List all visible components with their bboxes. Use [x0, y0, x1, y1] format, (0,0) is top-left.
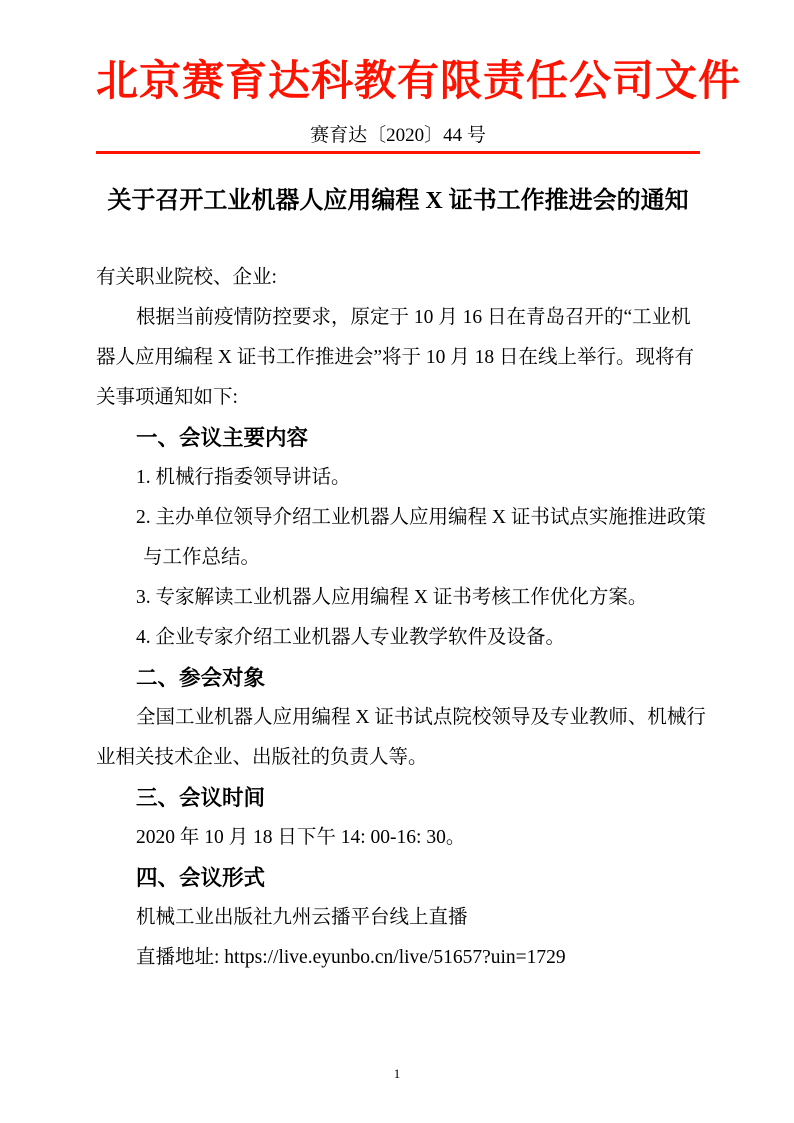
agenda-item-1: 1. 机械行指委领导讲话。	[96, 458, 700, 498]
meeting-platform-line: 机械工业出版社九州云播平台线上直播	[96, 898, 700, 938]
agenda-item-2-continued: 与工作总结。	[96, 538, 700, 578]
agenda-item-2: 2. 主办单位领导介绍工业机器人应用编程 X 证书试点实施推进政策	[96, 498, 700, 538]
agenda-item-4: 4. 企业专家介绍工业机器人专业教学软件及设备。	[96, 618, 700, 658]
intro-line: 根据当前疫情防控要求，原定于 10 月 16 日在青岛召开的“工业机	[96, 298, 700, 338]
red-divider-line	[96, 151, 700, 154]
document-org-title: 北京赛育达科教有限责任公司文件	[96, 56, 700, 108]
document-page: 北京赛育达科教有限责任公司文件 赛育达〔2020〕44 号 关于召开工业机器人应…	[0, 0, 794, 1123]
page-number: 1	[0, 1066, 794, 1081]
section-heading-participants: 二、参会对象	[96, 658, 700, 698]
document-number: 赛育达〔2020〕44 号	[96, 125, 700, 147]
agenda-item-3: 3. 专家解读工业机器人应用编程 X 证书考核工作优化方案。	[96, 578, 700, 618]
document-title: 关于召开工业机器人应用编程 X 证书工作推进会的通知	[96, 184, 700, 218]
participants-line-continued: 业相关技术企业、出版社的负责人等。	[96, 738, 700, 778]
document-body: 有关职业院校、企业: 根据当前疫情防控要求，原定于 10 月 16 日在青岛召开…	[96, 258, 700, 978]
intro-line: 关事项通知如下:	[96, 378, 700, 418]
section-heading-meeting-time: 三、会议时间	[96, 778, 700, 818]
live-stream-url-line: 直播地址: https://live.eyunbo.cn/live/51657?…	[96, 938, 700, 978]
participants-line: 全国工业机器人应用编程 X 证书试点院校领导及专业教师、机械行	[96, 698, 700, 738]
document-content: 北京赛育达科教有限责任公司文件 赛育达〔2020〕44 号 关于召开工业机器人应…	[0, 56, 794, 978]
section-heading-meeting-content: 一、会议主要内容	[96, 418, 700, 458]
section-heading-meeting-format: 四、会议形式	[96, 858, 700, 898]
meeting-time-line: 2020 年 10 月 18 日下午 14: 00-16: 30。	[96, 818, 700, 858]
intro-line: 器人应用编程 X 证书工作推进会”将于 10 月 18 日在线上举行。现将有	[96, 338, 700, 378]
salutation-line: 有关职业院校、企业:	[96, 258, 700, 298]
